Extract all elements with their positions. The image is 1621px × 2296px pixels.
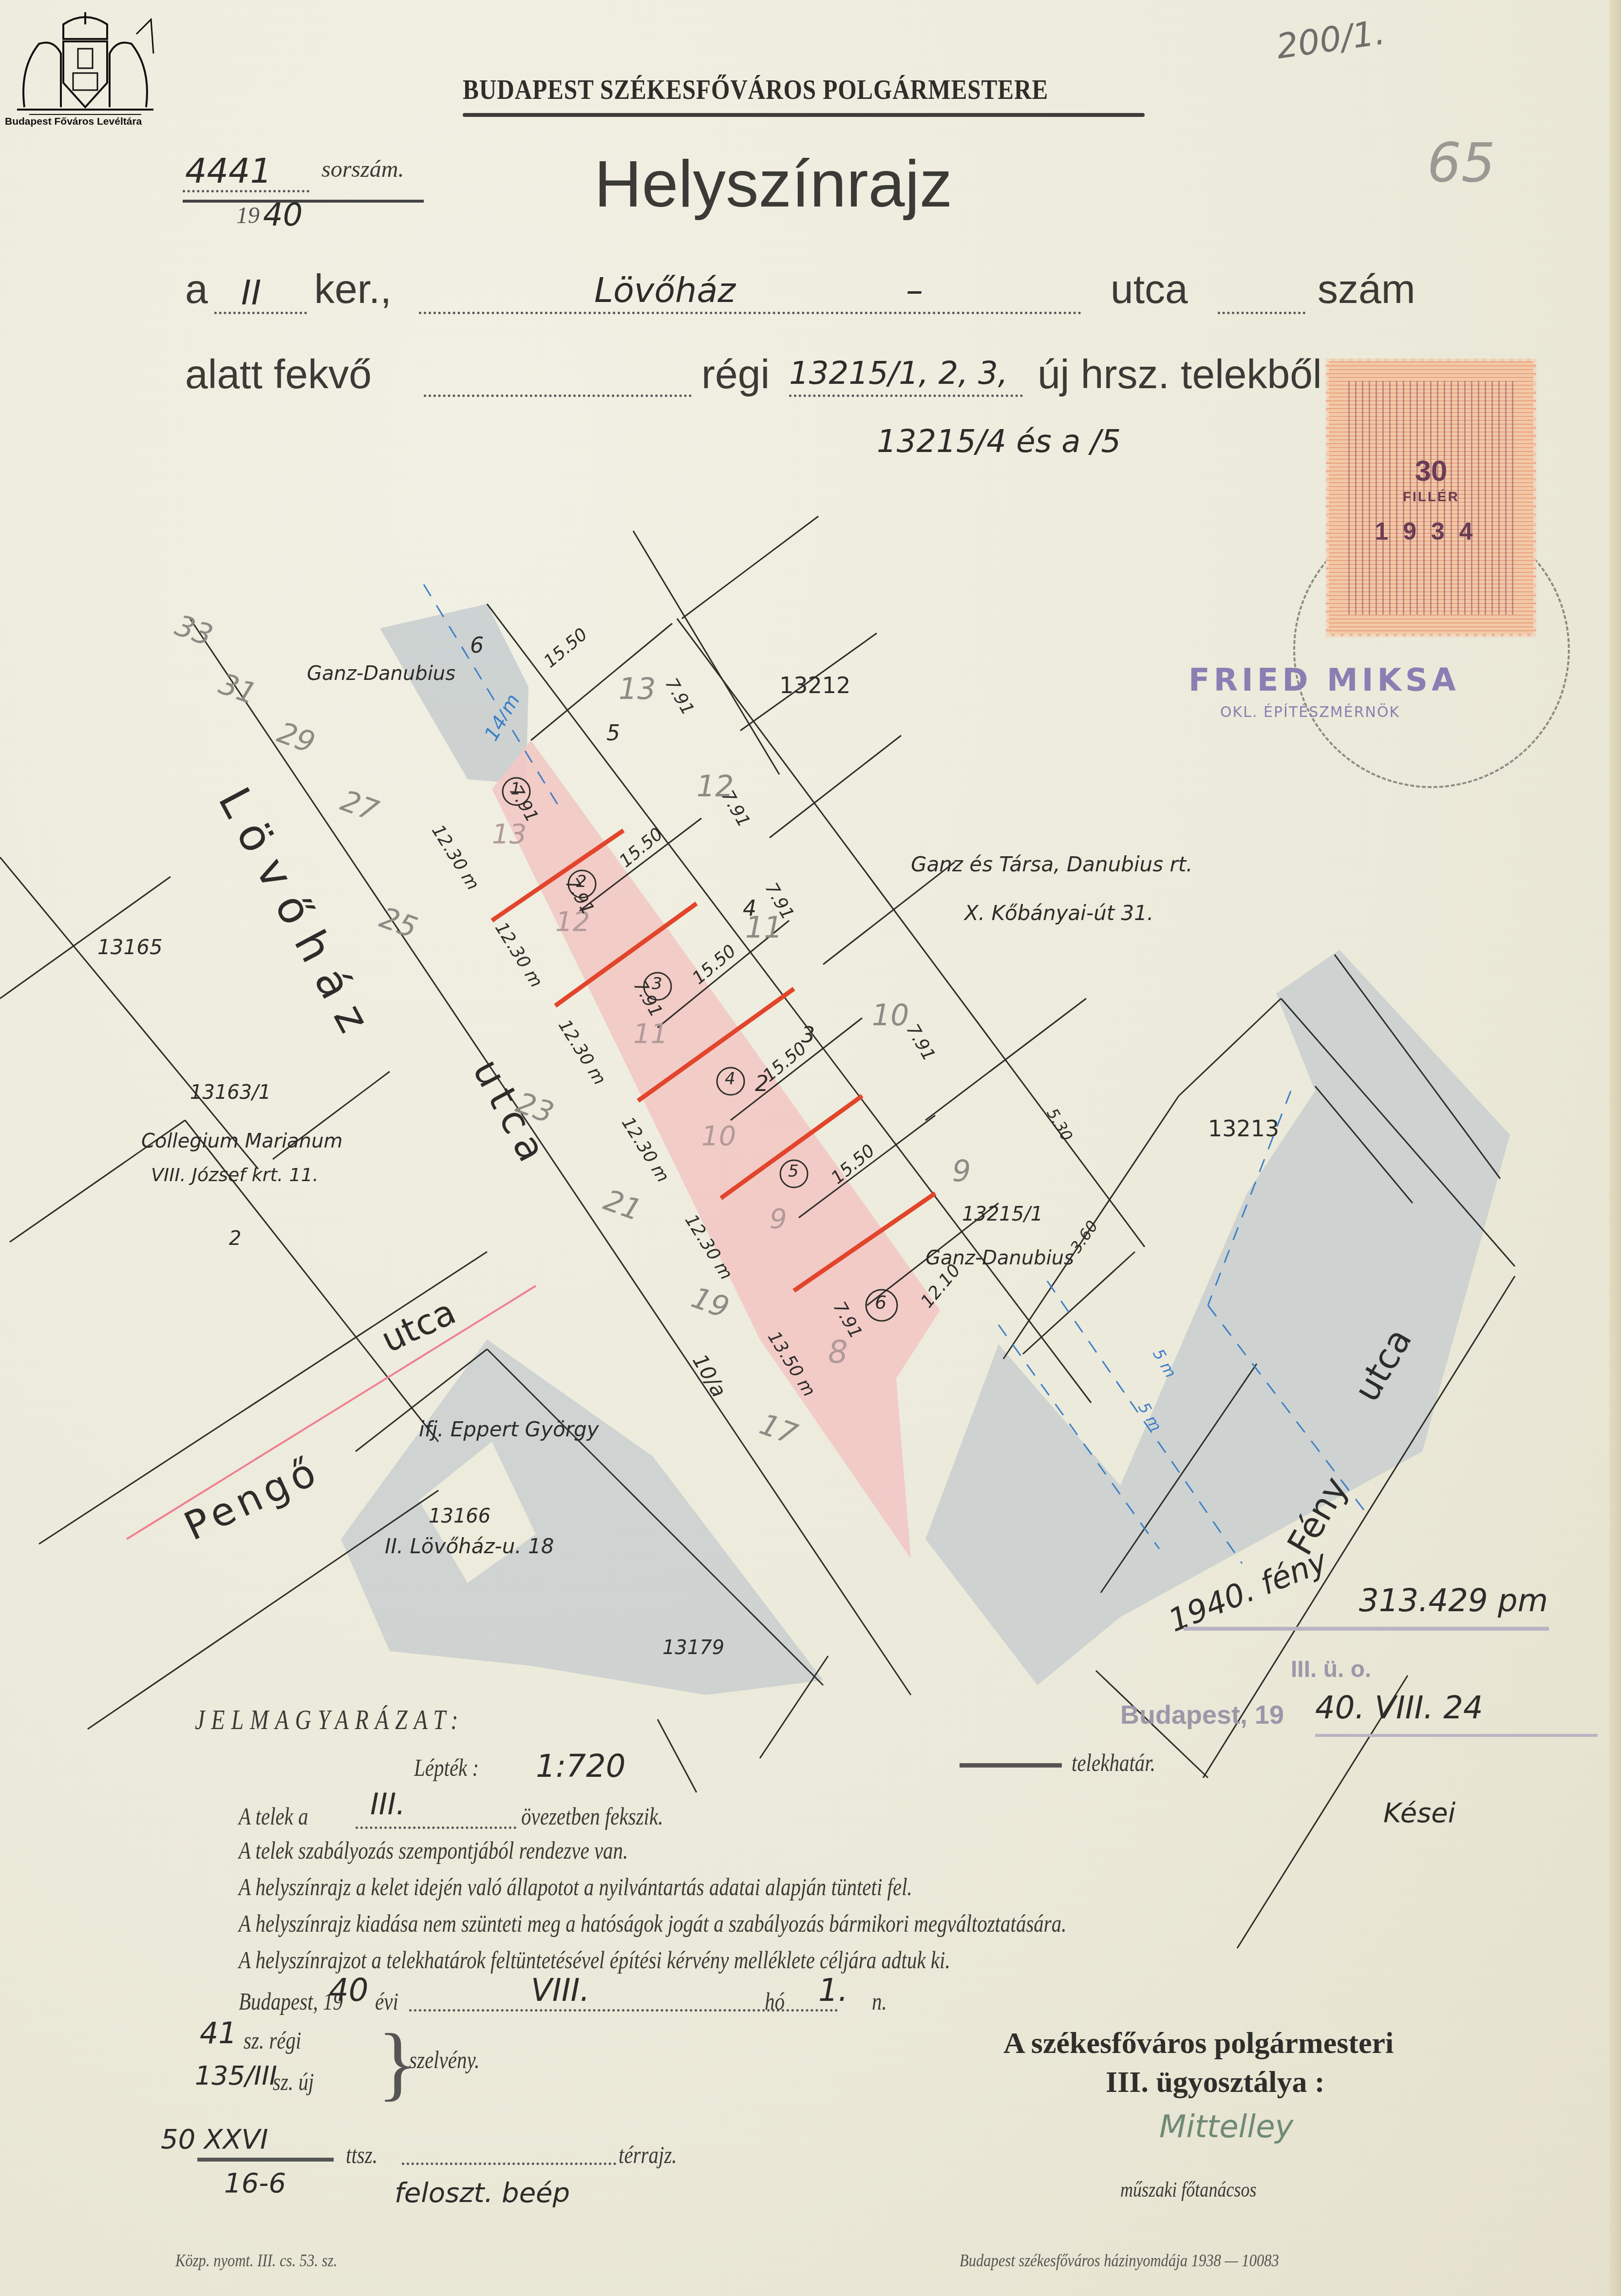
parcel-13212-address: X. Kőbányai-út 31. xyxy=(964,901,1153,925)
side-signature: Kései xyxy=(1383,1797,1455,1829)
signatory-signature: Mittelley xyxy=(1159,2109,1293,2145)
parcel-13166-owner: ifj. Eppert György xyxy=(419,1417,599,1441)
sheet-new-value: 135/III xyxy=(195,2060,277,2091)
subparcel-1-pencil: 9 xyxy=(952,1154,971,1188)
date-stamp-value: 40. VIII. 24 xyxy=(1315,1690,1483,1726)
statement-line-3: A helyszínrajz a kelet idején való állap… xyxy=(239,1873,912,1901)
lot-6-number: 6 xyxy=(875,1292,886,1313)
issue-day: 1. xyxy=(818,1973,848,2009)
boundary-label: telekhatár. xyxy=(1072,1749,1155,1777)
zone-prefix: A telek a xyxy=(239,1802,308,1830)
lot-5-pencil: 9 xyxy=(770,1203,787,1235)
lot-6-pencil: 8 xyxy=(828,1335,848,1371)
scale-value: 1:720 xyxy=(536,1749,625,1785)
signatory-role: műszaki főtanácsos xyxy=(1120,2177,1257,2202)
subparcel-2: 2 xyxy=(755,1072,769,1096)
subparcel-2-pencil: 10 xyxy=(872,998,909,1033)
sheet-old-label: sz. régi xyxy=(244,2026,301,2054)
building-shade-right xyxy=(925,950,1510,1685)
sheet-group-label: szelvény. xyxy=(409,2046,480,2074)
registry-tsz-label: ttsz. xyxy=(346,2141,377,2169)
date-stamp-prefix: Budapest, 19 xyxy=(1120,1700,1284,1730)
lot-5-number: 5 xyxy=(788,1162,799,1181)
subparcel-3: 3 xyxy=(801,1023,815,1048)
sheet-old-value: 41 xyxy=(200,2016,237,2051)
registry-top: 50 XXVI xyxy=(161,2124,268,2155)
building-shade-bottom xyxy=(341,1339,823,1695)
neighbor-ganz-danubius-bottom: Ganz-Danubius xyxy=(925,1247,1074,1269)
parcel-13213: 13213 xyxy=(1208,1115,1279,1142)
issue-month: VIII. xyxy=(531,1973,590,2009)
subparcel-5: 5 xyxy=(606,721,620,746)
scale-label: Lépték : xyxy=(414,1753,479,1782)
parcel-13212: 13212 xyxy=(779,672,850,698)
registry-rule xyxy=(197,2158,334,2162)
parcel-13212-owner: Ganz és Társa, Danubius rt. xyxy=(911,852,1193,876)
registry-note: feloszt. beép xyxy=(395,2177,570,2209)
footer-left: Közp. nyomt. III. cs. 53. sz. xyxy=(175,2250,337,2271)
statement-line-4: A helyszínrajz kiadása nem szünteti meg … xyxy=(239,1909,1067,1938)
issue-place: Budapest, 19 xyxy=(239,1987,343,2015)
parcel-13163: 13163/1 xyxy=(190,1081,271,1104)
issue-year: 40 xyxy=(329,1973,368,2009)
signatory-line-1: A székesfőváros polgármesteri xyxy=(1003,2026,1394,2061)
parcel-13165: 13165 xyxy=(97,935,163,959)
parcel-13166-address: II. Lövőház-u. 18 xyxy=(385,1534,554,1558)
fee-number: 313.429 pm xyxy=(1359,1583,1548,1619)
registry-terrajz-label: térrajz. xyxy=(619,2141,677,2169)
subparcel-3-pencil: 11 xyxy=(745,911,782,945)
sheet-new-label: sz. új xyxy=(273,2068,314,2096)
subparcel-6: 6 xyxy=(470,633,484,658)
registry-bottom: 16-6 xyxy=(224,2167,286,2199)
parcel-13179: 13179 xyxy=(662,1637,724,1659)
boundary-legend-swatch xyxy=(960,1763,1062,1768)
subparcel-4-pencil: 12 xyxy=(697,770,734,804)
parcel-13166: 13166 xyxy=(429,1505,490,1527)
parcel-13163-address: VIII. József krt. 11. xyxy=(151,1164,319,1186)
parcel-13215-1: 13215/1 xyxy=(962,1203,1043,1225)
lot-4-pencil: 10 xyxy=(701,1120,736,1152)
date-rule xyxy=(1315,1734,1598,1737)
issue-day-label: n. xyxy=(872,1987,887,2015)
fee-rule xyxy=(1184,1627,1549,1631)
issue-year-label: évi xyxy=(375,1987,398,2015)
zone-suffix: övezetben fekszik. xyxy=(521,1802,663,1830)
neighbor-ganz-danubius-top: Ganz-Danubius xyxy=(307,662,455,685)
zone-value: III. xyxy=(370,1788,405,1822)
parcel-13163-owner: Collegium Marianum xyxy=(141,1130,343,1152)
lot-1-pencil: 13 xyxy=(492,818,527,850)
issue-month-label: hó xyxy=(765,1987,785,2015)
signatory-line-2: III. ügyosztálya : xyxy=(1106,2065,1325,2100)
legend-title: JELMAGYARÁZAT: xyxy=(195,1705,465,1736)
statement-line-2: A telek szabályozás szempontjából rendez… xyxy=(239,1836,628,1864)
office-stamp: III. ü. o. xyxy=(1291,1656,1371,1683)
statement-line-5: A helyszínrajzot a telekhatárok feltünte… xyxy=(239,1946,950,1974)
footer-right: Budapest székesfőváros házinyomdája 1938… xyxy=(960,2250,1279,2271)
lot-3-pencil: 11 xyxy=(633,1018,668,1050)
subparcel-5-pencil: 13 xyxy=(619,672,656,706)
zone-dotted-line xyxy=(356,1826,516,1829)
parcel-13163-sub: 2 xyxy=(229,1227,241,1250)
lot-4-number: 4 xyxy=(725,1069,735,1089)
registry-dotted-line xyxy=(402,2163,616,2165)
